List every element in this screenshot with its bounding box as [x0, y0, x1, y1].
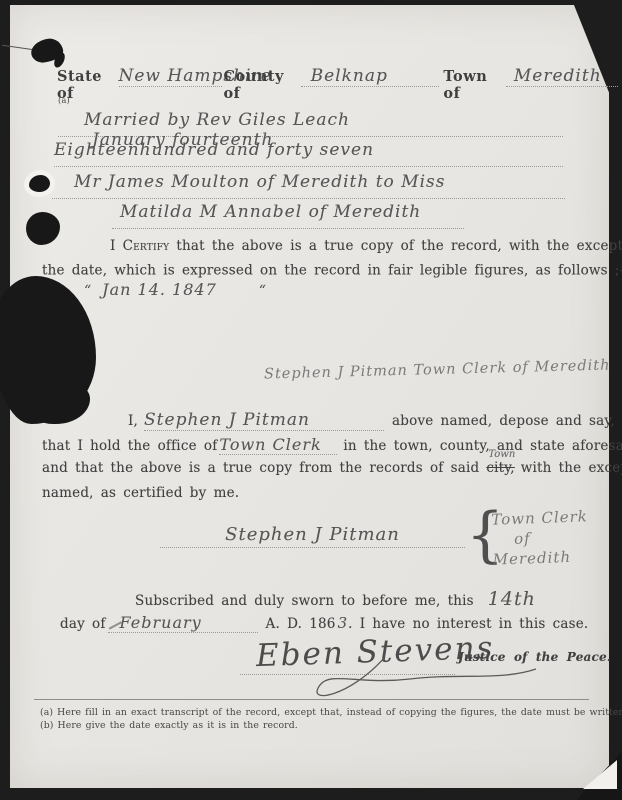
footnote-b: (b) Here give the date exactly as it is …	[40, 720, 298, 731]
scanned-document: State of New Hampshire County of Belknap…	[0, 0, 622, 800]
record-line-2-text: Eighteenhundred and forty seven	[54, 140, 374, 160]
certify-line-1-rest: that the above is a true copy of the rec…	[176, 238, 622, 254]
county-label: County of	[224, 68, 297, 102]
certify-line-2-text: the date, which is expressed on the reco…	[42, 263, 622, 279]
record-date-value: Jan 14. 1847	[102, 280, 217, 299]
justice-title: Justice of the Peace.	[458, 650, 611, 664]
record-line-4-text: Matilda M Annabel of Meredith	[120, 202, 421, 222]
header-line: State of New Hampshire County of Belknap…	[57, 66, 622, 102]
sworn-month-blank: February	[108, 613, 258, 633]
depose-line-4: named, as certified by me.	[42, 485, 239, 501]
close-quote: “	[259, 283, 267, 299]
depose-line-1-rest: above named, depose and say,	[392, 413, 615, 429]
footnote-a: (a) Here fill in an exact transcript of …	[40, 707, 622, 718]
depose-line-3-post: with the exception above	[521, 460, 622, 476]
footnote-divider	[34, 699, 589, 700]
record-line-1: Married by Rev Giles Leach January fourt…	[58, 110, 563, 137]
struck-word-text: city,	[486, 460, 514, 476]
sworn-line-2: day of February A. D. 186 3 . I have no …	[60, 613, 588, 633]
record-line-2: Eighteenhundred and forty seven	[54, 140, 563, 167]
open-quote: “	[84, 283, 92, 299]
depose-i-label: I,	[128, 413, 138, 429]
depose-name-value: Stephen J Pitman	[144, 410, 310, 430]
sworn-month-value: February	[120, 613, 202, 632]
depose-line-3: and that the above is a true copy from t…	[42, 460, 622, 476]
record-line-3-text: Mr James Moulton of Meredith to Miss	[74, 172, 446, 192]
footnote-marker-a: (a)	[58, 96, 70, 106]
depose-line-2: that I hold the office of Town Clerk in …	[42, 435, 622, 455]
depose-struck-word: city, Town	[486, 460, 514, 476]
office-line-2: of	[514, 526, 589, 549]
depose-line-2-post: in the town, county, and state aforesaid…	[343, 438, 622, 454]
depose-office-blank: Town Clerk	[219, 435, 337, 455]
office-line-1: Town Clerk	[491, 506, 588, 529]
record-line-4: Matilda M Annabel of Meredith	[112, 202, 464, 229]
sworn-line-2-pre: day of	[60, 616, 106, 632]
certify-line-1: I Certify that the above is a true copy …	[110, 238, 622, 254]
town-label: Town of	[443, 68, 501, 102]
state-blank: New Hampshire	[119, 66, 222, 87]
sworn-year-digit: 3	[338, 614, 349, 632]
county-blank: Belknap	[301, 66, 440, 87]
depose-name-blank: Stephen J Pitman	[144, 410, 384, 431]
sworn-line-2-post: . I have no interest in this case.	[348, 616, 588, 632]
certify-intro: I Certify	[110, 238, 169, 254]
clerk-signature-line: Stephen J Pitman	[160, 524, 465, 548]
sworn-line-1: Subscribed and duly sworn to before me, …	[135, 588, 536, 610]
depose-line-3-pre: and that the above is a true copy from t…	[42, 460, 479, 476]
record-line-3: Mr James Moulton of Meredith to Miss	[52, 172, 565, 199]
pen-correction-mark	[104, 612, 122, 629]
sworn-ad-label: A. D. 186	[266, 616, 336, 632]
sworn-day-value: 14th	[488, 588, 536, 610]
clerk-signature: Stephen J Pitman	[225, 524, 400, 545]
depose-correction: Town	[488, 449, 515, 460]
office-block: Town Clerk of Meredith	[491, 506, 590, 569]
county-value: Belknap	[311, 66, 388, 86]
depose-line-1: I, Stephen J Pitman above named, depose …	[128, 410, 615, 431]
depose-line-2-pre: that I hold the office of	[42, 438, 217, 454]
certify-line-2: the date, which is expressed on the reco…	[42, 262, 622, 279]
town-blank: Meredith	[506, 66, 618, 87]
depose-office-value: Town Clerk	[219, 435, 321, 454]
record-line-1a: Married by Rev Giles Leach	[84, 110, 350, 130]
sworn-line-1-text: Subscribed and duly sworn to before me, …	[135, 593, 474, 609]
hole-punch	[29, 175, 50, 192]
town-value: Meredith	[514, 66, 602, 86]
record-date-line: “ Jan 14. 1847 “	[84, 280, 267, 299]
office-line-3: Meredith	[492, 546, 589, 569]
